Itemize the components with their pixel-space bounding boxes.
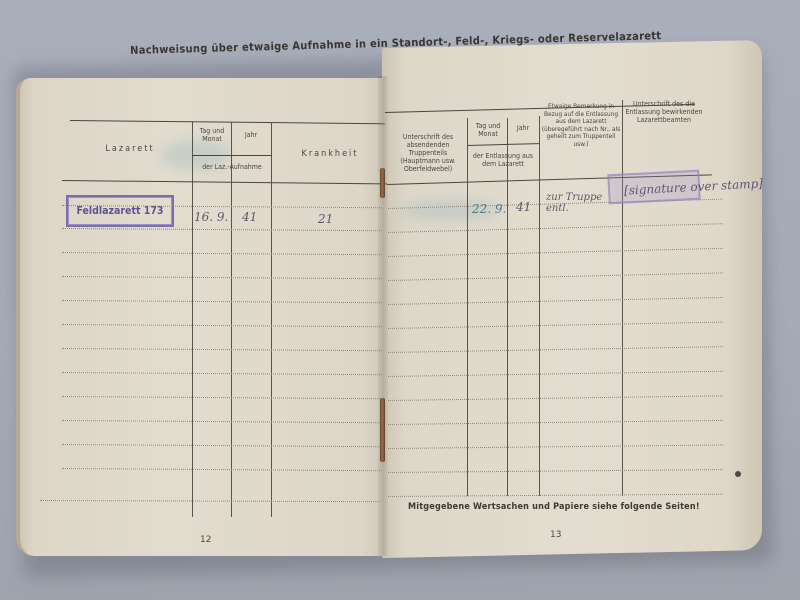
column-header-official-signature: Unterschrift des die Entlassung bewirken… [624,100,704,124]
column-divider [271,122,272,517]
column-header-discharge-day-month: Tag und Monat [468,122,508,138]
punch-hole [735,471,741,477]
discharge-day-month: 22. 9. [472,202,506,216]
column-header-discharge-year: Jahr [508,124,538,132]
column-header-admission-group: der Laz.-Aufnahme [193,163,271,171]
column-header-admission-day-month: Tag und Monat [193,127,231,143]
footer-note: Mitgegebene Wertsachen und Papiere siehe… [408,502,700,512]
column-divider [507,118,508,496]
column-divider [539,116,540,496]
discharge-year: 41 [516,200,531,214]
staple-bottom [380,398,385,462]
page-number-left: 12 [200,535,211,545]
illness-code: 21 [318,212,333,226]
subheader-rule [192,155,271,156]
column-divider [467,118,468,496]
admission-day-month: 16. 9. [194,210,228,224]
column-divider [622,100,623,496]
column-header-remarks: Etwaige Bemerkung in Bezug auf die Entla… [540,103,622,148]
admission-year: 41 [242,210,257,224]
hospital-stamp: Feldlazarett 173 [66,195,174,227]
column-header-admission-year: Jahr [232,131,270,139]
discharge-remark: zur Truppe entl. [546,192,606,214]
staple-top [380,168,385,198]
column-header-unit-signature: Unterschrift des absendenden Truppenteil… [392,133,464,173]
column-header-discharge-group: der Entlassung aus dem Lazarett [468,152,538,168]
column-header-krankheit: Krankheit [280,150,380,158]
column-divider [192,122,193,517]
column-divider [231,122,232,517]
book-gutter [378,76,388,556]
page-number-right: 13 [550,530,561,540]
column-header-lazarett: Lazarett [95,145,165,153]
